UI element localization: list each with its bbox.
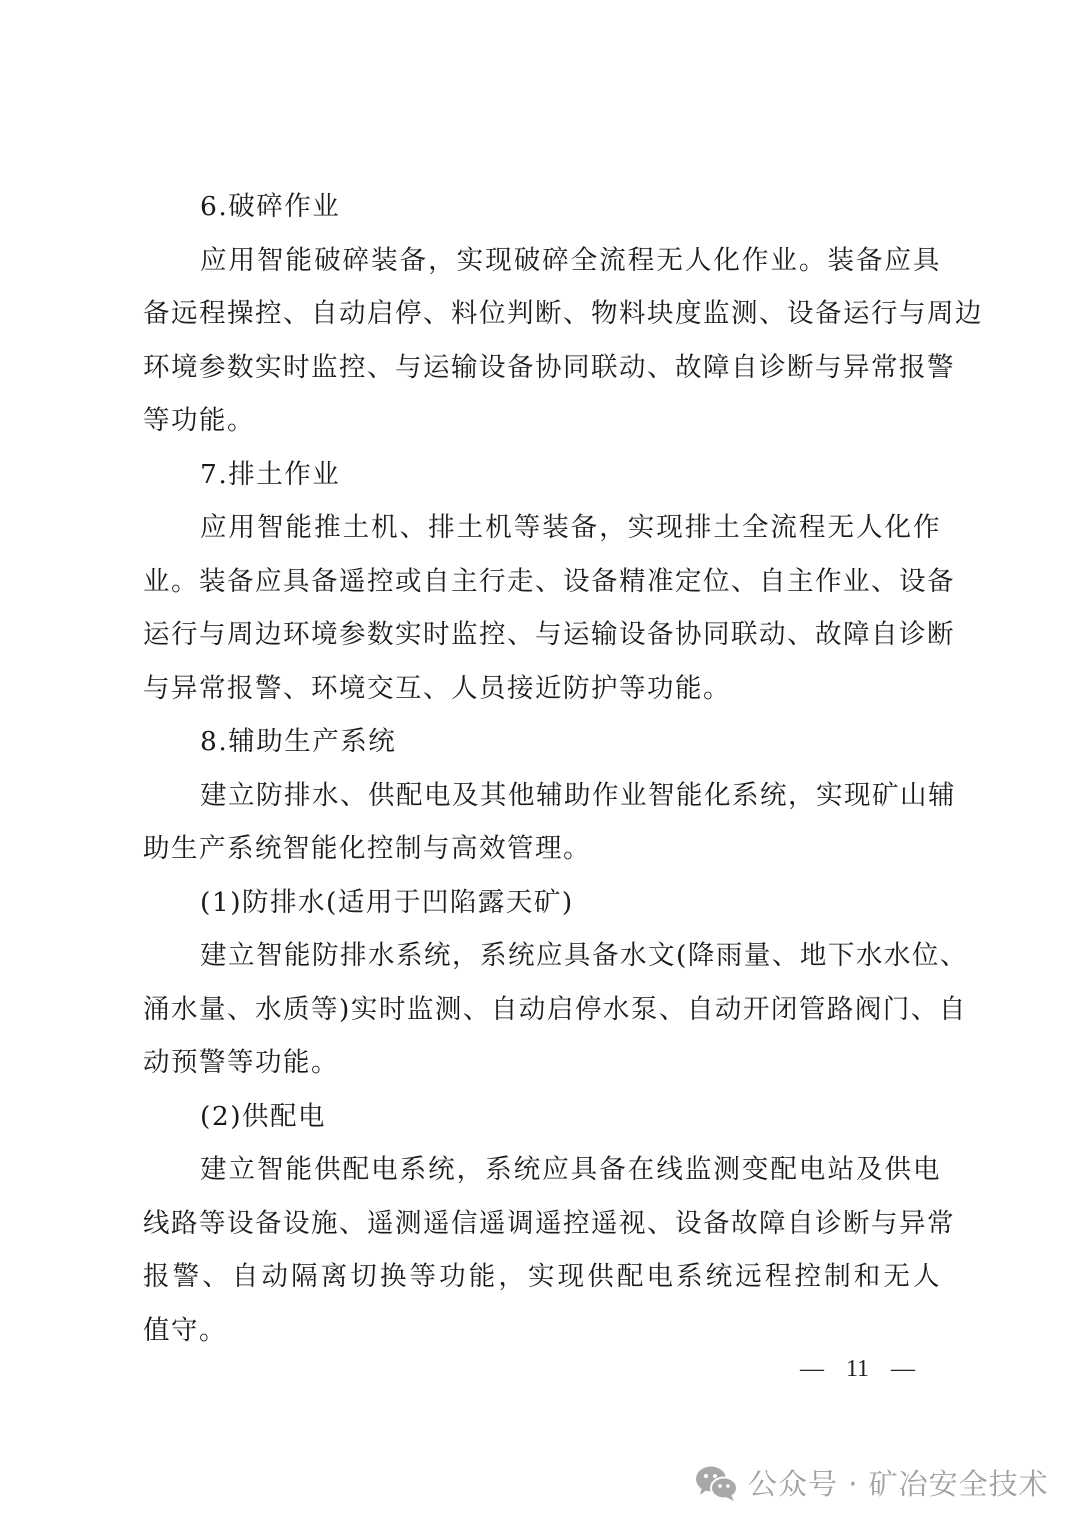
text-line: 环境参数实时监控、与运输设备协同联动、故障自诊断与异常报警 (143, 341, 941, 395)
text-line: 备远程操控、自动启停、料位判断、物料块度监测、设备运行与周边 (143, 287, 941, 341)
page-dash-right: — (891, 1356, 915, 1383)
text-line: 建立防排水、供配电及其他辅助作业智能化系统，实现矿山辅 (143, 769, 941, 823)
text-line: 等功能。 (143, 394, 941, 448)
text-line: 业。装备应具备遥控或自主行走、设备精准定位、自主作业、设备 (143, 555, 941, 609)
text-line: 报警、自动隔离切换等功能，实现供配电系统远程控制和无人 (143, 1250, 941, 1304)
watermark-text: 公众号 · 矿冶安全技术 (748, 1462, 1049, 1503)
text-line: (2)供配电 (143, 1090, 941, 1144)
page-dash-left: — (800, 1356, 824, 1383)
page-number: — 11 — (800, 1356, 915, 1383)
text-line: 8.辅助生产系统 (143, 715, 941, 769)
text-line: 涌水量、水质等)实时监测、自动启停水泵、自动开闭管路阀门、自 (143, 983, 941, 1037)
watermark: 公众号 · 矿冶安全技术 (694, 1462, 1049, 1502)
document-page: 6.破碎作业应用智能破碎装备，实现破碎全流程无人化作业。装备应具备远程操控、自动… (143, 180, 941, 1357)
text-line: 6.破碎作业 (143, 180, 941, 234)
wechat-icon (694, 1464, 740, 1500)
text-line: 7.排土作业 (143, 448, 941, 502)
text-line: (1)防排水(适用于凹陷露天矿) (143, 876, 941, 930)
text-line: 值守。 (143, 1304, 941, 1358)
text-line: 助生产系统智能化控制与高效管理。 (143, 822, 941, 876)
text-line: 应用智能破碎装备，实现破碎全流程无人化作业。装备应具 (143, 234, 941, 288)
text-line: 动预警等功能。 (143, 1036, 941, 1090)
text-line: 应用智能推土机、排土机等装备，实现排土全流程无人化作 (143, 501, 941, 555)
text-line: 线路等设备设施、遥测遥信遥调遥控遥视、设备故障自诊断与异常 (143, 1197, 941, 1251)
text-line: 建立智能防排水系统，系统应具备水文(降雨量、地下水水位、 (143, 929, 941, 983)
text-line: 运行与周边环境参数实时监控、与运输设备协同联动、故障自诊断 (143, 608, 941, 662)
page-number-value: 11 (846, 1356, 869, 1383)
text-line: 建立智能供配电系统，系统应具备在线监测变配电站及供电 (143, 1143, 941, 1197)
text-line: 与异常报警、环境交互、人员接近防护等功能。 (143, 662, 941, 716)
